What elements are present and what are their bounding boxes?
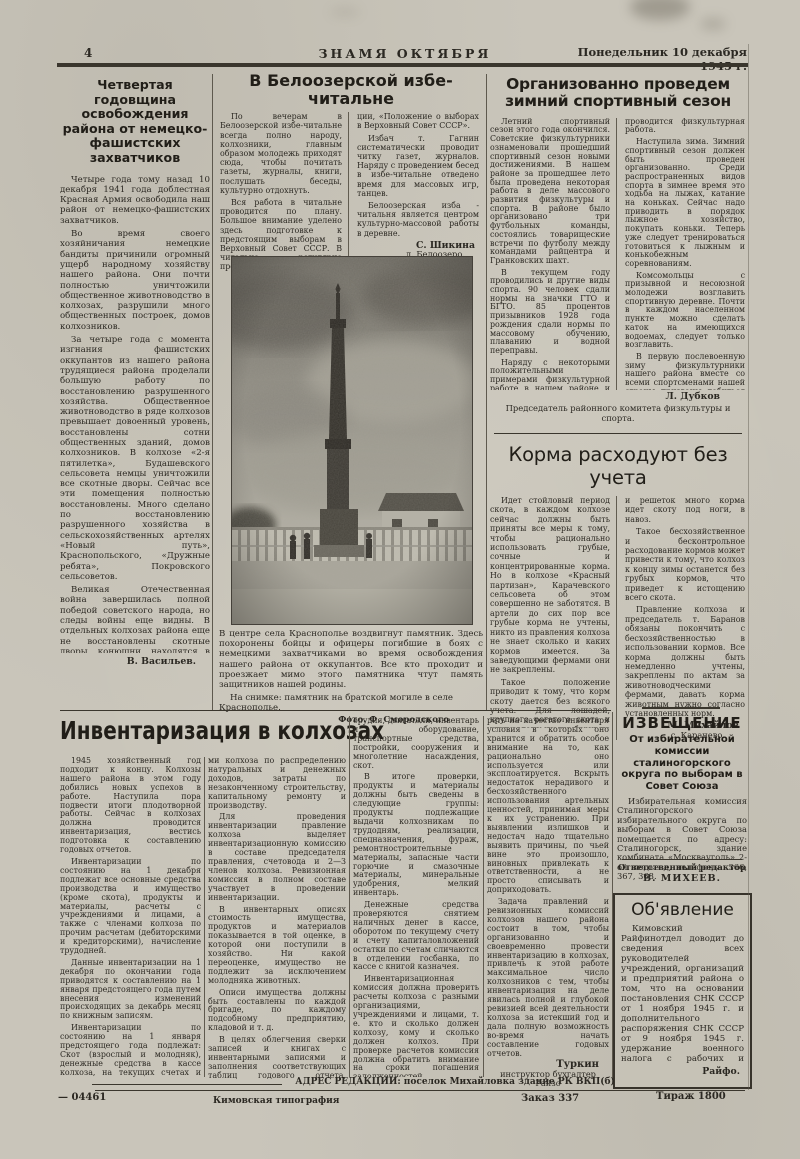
paragraph: Четыре года тому назад 10 декабря 1941 г… bbox=[60, 175, 210, 226]
column-divider bbox=[612, 712, 613, 1080]
scan-smudge bbox=[630, 0, 690, 20]
article-korma-col2: и решеток много корма идет скоту под ног… bbox=[616, 496, 745, 740]
paragraph: Наряду с некоторыми положительными приме… bbox=[490, 359, 610, 390]
column-divider bbox=[204, 757, 205, 1077]
paragraph: и решеток много корма идет скоту под ног… bbox=[625, 496, 745, 524]
article-korma-col2-text: и решеток много корма идет скоту под ног… bbox=[625, 496, 745, 718]
paragraph: Денежные средства проверяются снятием на… bbox=[353, 901, 479, 972]
article-sport-title: Организованно проведем зимний спортивный… bbox=[490, 76, 746, 111]
monument-photo-illustration bbox=[232, 257, 472, 624]
article-korma-col1: Идет стойловый период скота, в каждом ко… bbox=[490, 496, 610, 728]
scan-smudge bbox=[330, 8, 360, 16]
footer-order: Заказ 337 bbox=[521, 1093, 579, 1104]
paragraph: Описи имущества должны быть составлены п… bbox=[208, 989, 346, 1034]
article-sport-col2: проводится физкультурная работа.Наступил… bbox=[616, 118, 745, 390]
article-anniversary-body: Четыре года тому назад 10 декабря 1941 г… bbox=[60, 175, 210, 653]
article-sport-col1: Летний спортивный сезон этого года оконч… bbox=[490, 118, 610, 390]
footer-code: — 04461 bbox=[58, 1092, 106, 1103]
article-inventory-title-wrap: Инвентаризация в колхозах bbox=[60, 716, 348, 752]
paragraph: Задача правлений и ревизионных комиссий … bbox=[487, 898, 609, 1058]
paragraph: По вечерам в Белоозерской избе-читальне … bbox=[220, 112, 342, 195]
article-inventory-col4: реть на качество инвентаря условия в кот… bbox=[487, 717, 609, 1088]
announcement-signature: Райфо. bbox=[621, 1066, 744, 1077]
announcement-body: Кимовский Райфинотдел доводит до сведени… bbox=[621, 924, 744, 1066]
page-edge-line bbox=[748, 44, 749, 1090]
section-divider bbox=[494, 433, 742, 434]
footer-address-leftline bbox=[92, 1084, 282, 1085]
paragraph: проводится физкультурная работа. bbox=[625, 118, 745, 135]
paragraph: реть на качество инвентаря условия в кот… bbox=[487, 717, 609, 895]
scan-smudge bbox=[700, 18, 726, 30]
article-inventory-col3: орудия, двигатели, инвентарь и оборудова… bbox=[353, 717, 479, 1077]
paragraph: Инвентаризации по состоянию на 1 января … bbox=[60, 1024, 201, 1079]
article-anniversary-title: Четвертая годовщина освобождения района … bbox=[60, 78, 210, 166]
paragraph: Идет стойловый период скота, в каждом ко… bbox=[490, 496, 610, 675]
paragraph: Летний спортивный сезон этого года оконч… bbox=[490, 118, 610, 266]
announcement-title: Об'явление bbox=[621, 900, 744, 920]
article-izba-col2-text: ции, «Положение о выборах в Верховный Со… bbox=[357, 112, 479, 238]
paragraph: 1945 хозяйственный год подходит к концу.… bbox=[60, 757, 201, 855]
footer-rule bbox=[95, 1090, 745, 1091]
article-inventory-col1: 1945 хозяйственный год подходит к концу.… bbox=[60, 757, 201, 1079]
section-rule bbox=[60, 710, 611, 711]
editor-name: В. МИХЕЕВ. bbox=[617, 873, 747, 884]
paragraph: Наступила зима. Зимний спортивный сезон … bbox=[625, 138, 745, 269]
column-divider bbox=[486, 74, 487, 710]
column-divider bbox=[349, 716, 350, 1077]
announcement-box: Об'явление Кимовский Райфинотдел доводит… bbox=[613, 893, 752, 1089]
paragraph: ции, «Положение о выборах в Верховный Со… bbox=[357, 112, 479, 130]
paragraph: Инвентаризационная комиссия должна прове… bbox=[353, 975, 479, 1077]
masthead-title: ЗНАМЯ ОКТЯБРЯ bbox=[300, 46, 510, 61]
article-inventory-col2: ми колхоза по распределению натуральных … bbox=[208, 757, 346, 1079]
article-korma-title: Корма расходуют без учета bbox=[490, 443, 746, 489]
header-rule bbox=[57, 63, 748, 67]
paragraph: Белоозерская изба - читальня является це… bbox=[357, 201, 479, 238]
article-izba: В Белоозерской избе-читальне По вечерам … bbox=[220, 72, 482, 274]
column-divider bbox=[483, 716, 484, 1077]
column-divider bbox=[212, 74, 213, 710]
izveshenie-subtitle: От избирательной комиссии сталиногорског… bbox=[617, 734, 747, 793]
article-korma: Корма расходуют без учета Идет стойловый… bbox=[490, 443, 746, 740]
editor-label: Ответственный редактор bbox=[617, 863, 747, 873]
paragraph: ми колхоза по распределению натуральных … bbox=[208, 757, 346, 810]
article-sport: Организованно проведем зимний спортивный… bbox=[490, 76, 746, 423]
newspaper-page: 4 ЗНАМЯ ОКТЯБРЯ Понедельник 10 декабря 1… bbox=[0, 0, 800, 1159]
article-sport-signature: Л. Дубков bbox=[490, 391, 746, 402]
article-anniversary-signature: В. Васильев. bbox=[60, 656, 210, 667]
paragraph: Кимовский Райфинотдел доводит до сведени… bbox=[621, 924, 744, 1066]
paragraph: Великая Отечественная война завершилась … bbox=[60, 585, 210, 652]
paragraph: В целях облегчения сверки записей и книг… bbox=[208, 1036, 346, 1079]
article-sport-signature-role: Председатель районного комитета физкульт… bbox=[490, 403, 746, 423]
article-izba-title: В Белоозерской избе-читальне bbox=[220, 72, 482, 107]
paragraph: Данные инвентаризации на 1 декабря по ок… bbox=[60, 959, 201, 1021]
page-number: 4 bbox=[84, 46, 92, 60]
paragraph: Избач т. Гагнин систематически проводит … bbox=[357, 134, 479, 198]
paragraph: За четыре года с момента изгнания фашист… bbox=[60, 335, 210, 582]
editor-block: Ответственный редактор В. МИХЕЕВ. bbox=[617, 863, 747, 884]
article-anniversary: Четвертая годовщина освобождения района … bbox=[60, 78, 210, 667]
paragraph: В инвентарных описях стоимость имущества… bbox=[208, 906, 346, 986]
editor-rule bbox=[622, 859, 742, 860]
paragraph: Правление колхоза и председатель т. Бара… bbox=[625, 605, 745, 718]
issue-date: Понедельник 10 декабря 1945 г. bbox=[545, 45, 747, 73]
footer-address: АДРЕС РЕДАКЦИИ: поселок Михайловка здани… bbox=[285, 1077, 625, 1087]
paragraph: Для проведения инвентаризации правление … bbox=[208, 813, 346, 902]
paragraph: Инвентаризации по состоянию на 1 декабря… bbox=[60, 858, 201, 956]
paragraph: В текущем году проводились и другие виды… bbox=[490, 269, 610, 356]
article-inventory-col4-text: реть на качество инвентаря условия в кот… bbox=[487, 717, 609, 1058]
izveshenie-title: ИЗВЕЩЕНИЕ bbox=[617, 714, 747, 732]
photo-caption: В центре села Краснополье воздвигнут пам… bbox=[219, 629, 483, 690]
paragraph: орудия, двигатели, инвентарь и оборудова… bbox=[353, 717, 479, 770]
footer-printer: Кимовская типография bbox=[213, 1096, 339, 1106]
monument-photo bbox=[231, 256, 473, 625]
paragraph: Такое бесхозяйственное и бесконтрольное … bbox=[625, 527, 745, 602]
paragraph: В первую послевоенную зиму физкультурник… bbox=[625, 353, 745, 390]
paragraph: Во время своего хозяйничания немецкие ба… bbox=[60, 229, 210, 332]
article-izba-col2: ции, «Положение о выборах в Верховный Со… bbox=[348, 112, 479, 274]
paragraph: Комсомольцы с призывной и несоюзной моло… bbox=[625, 272, 745, 350]
izveshenie-top-rule bbox=[642, 707, 720, 709]
article-inventory-title: Инвентаризация в колхозах bbox=[60, 716, 290, 745]
paragraph: В итоге проверки, продукты и материалы д… bbox=[353, 773, 479, 898]
article-izba-col1: По вечерам в Белоозерской избе-читальне … bbox=[220, 112, 342, 274]
footer-circulation: Тираж 1800 bbox=[656, 1091, 726, 1102]
